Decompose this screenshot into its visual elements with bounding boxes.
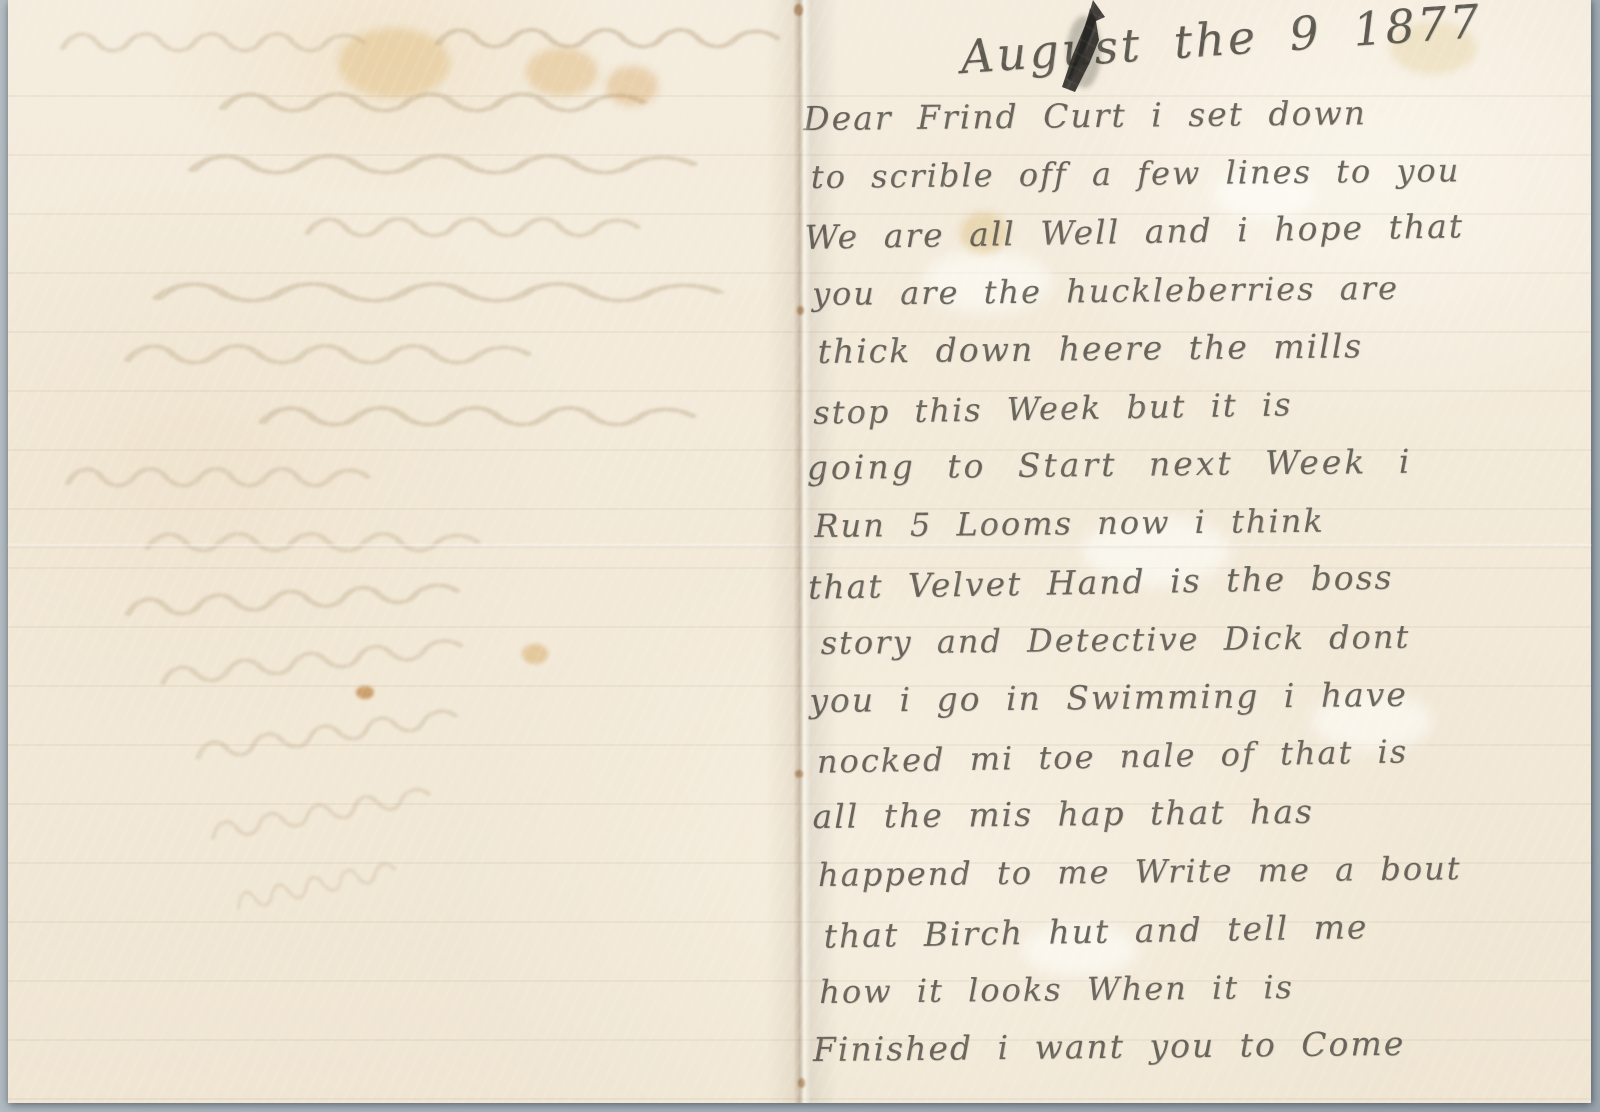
letter-line: how it looks When it is <box>819 955 1592 1021</box>
letter-line: going to Start next Week i <box>806 431 1586 497</box>
foxing-stain <box>526 48 598 96</box>
foxing-dot <box>798 1078 805 1088</box>
letter-paper: August the 9 1877 Dear Frind Curt i set … <box>8 0 1591 1103</box>
foxing-stain <box>522 644 548 664</box>
bleed-through-writing <box>8 0 792 1103</box>
foxing-dot <box>795 770 803 778</box>
letter-line: stop this Week but it is <box>813 370 1586 442</box>
left-page <box>8 0 792 1103</box>
letter-line: that Velvet Hand is the boss <box>808 545 1588 617</box>
letter-line: happend to me Write me a bout <box>818 838 1591 904</box>
letter-line: We are all Well and i hope that <box>804 196 1584 268</box>
foxing-dot <box>797 306 804 315</box>
letter-line: thick down heere the mills <box>817 315 1585 381</box>
letter-line: Dear Frind Curt i set down <box>803 82 1583 148</box>
letter-line: Finished i want you to Come <box>813 1013 1593 1079</box>
letter-line: all the mis hap that has <box>812 780 1590 846</box>
letter-scan: August the 9 1877 Dear Frind Curt i set … <box>0 0 1600 1112</box>
right-page: August the 9 1877 Dear Frind Curt i set … <box>792 0 1591 1103</box>
foxing-stain <box>356 686 374 699</box>
letter-body: Dear Frind Curt i set down to scrible of… <box>803 82 1592 1079</box>
letter-line: that Birch hut and tell me <box>823 894 1591 966</box>
letter-line: you i go in Swimming i have <box>809 664 1589 730</box>
date-line: August the 9 1877 <box>959 0 1484 84</box>
letter-line: nocked mi toe nale of that is <box>816 719 1589 791</box>
center-fold-crease <box>766 0 838 1103</box>
letter-line: story and Detective Dick dont <box>820 606 1588 672</box>
foxing-dot <box>794 4 803 16</box>
foxing-stain <box>606 66 658 106</box>
letter-line: you are the huckleberries are <box>812 257 1585 323</box>
foxing-stain <box>338 28 450 98</box>
